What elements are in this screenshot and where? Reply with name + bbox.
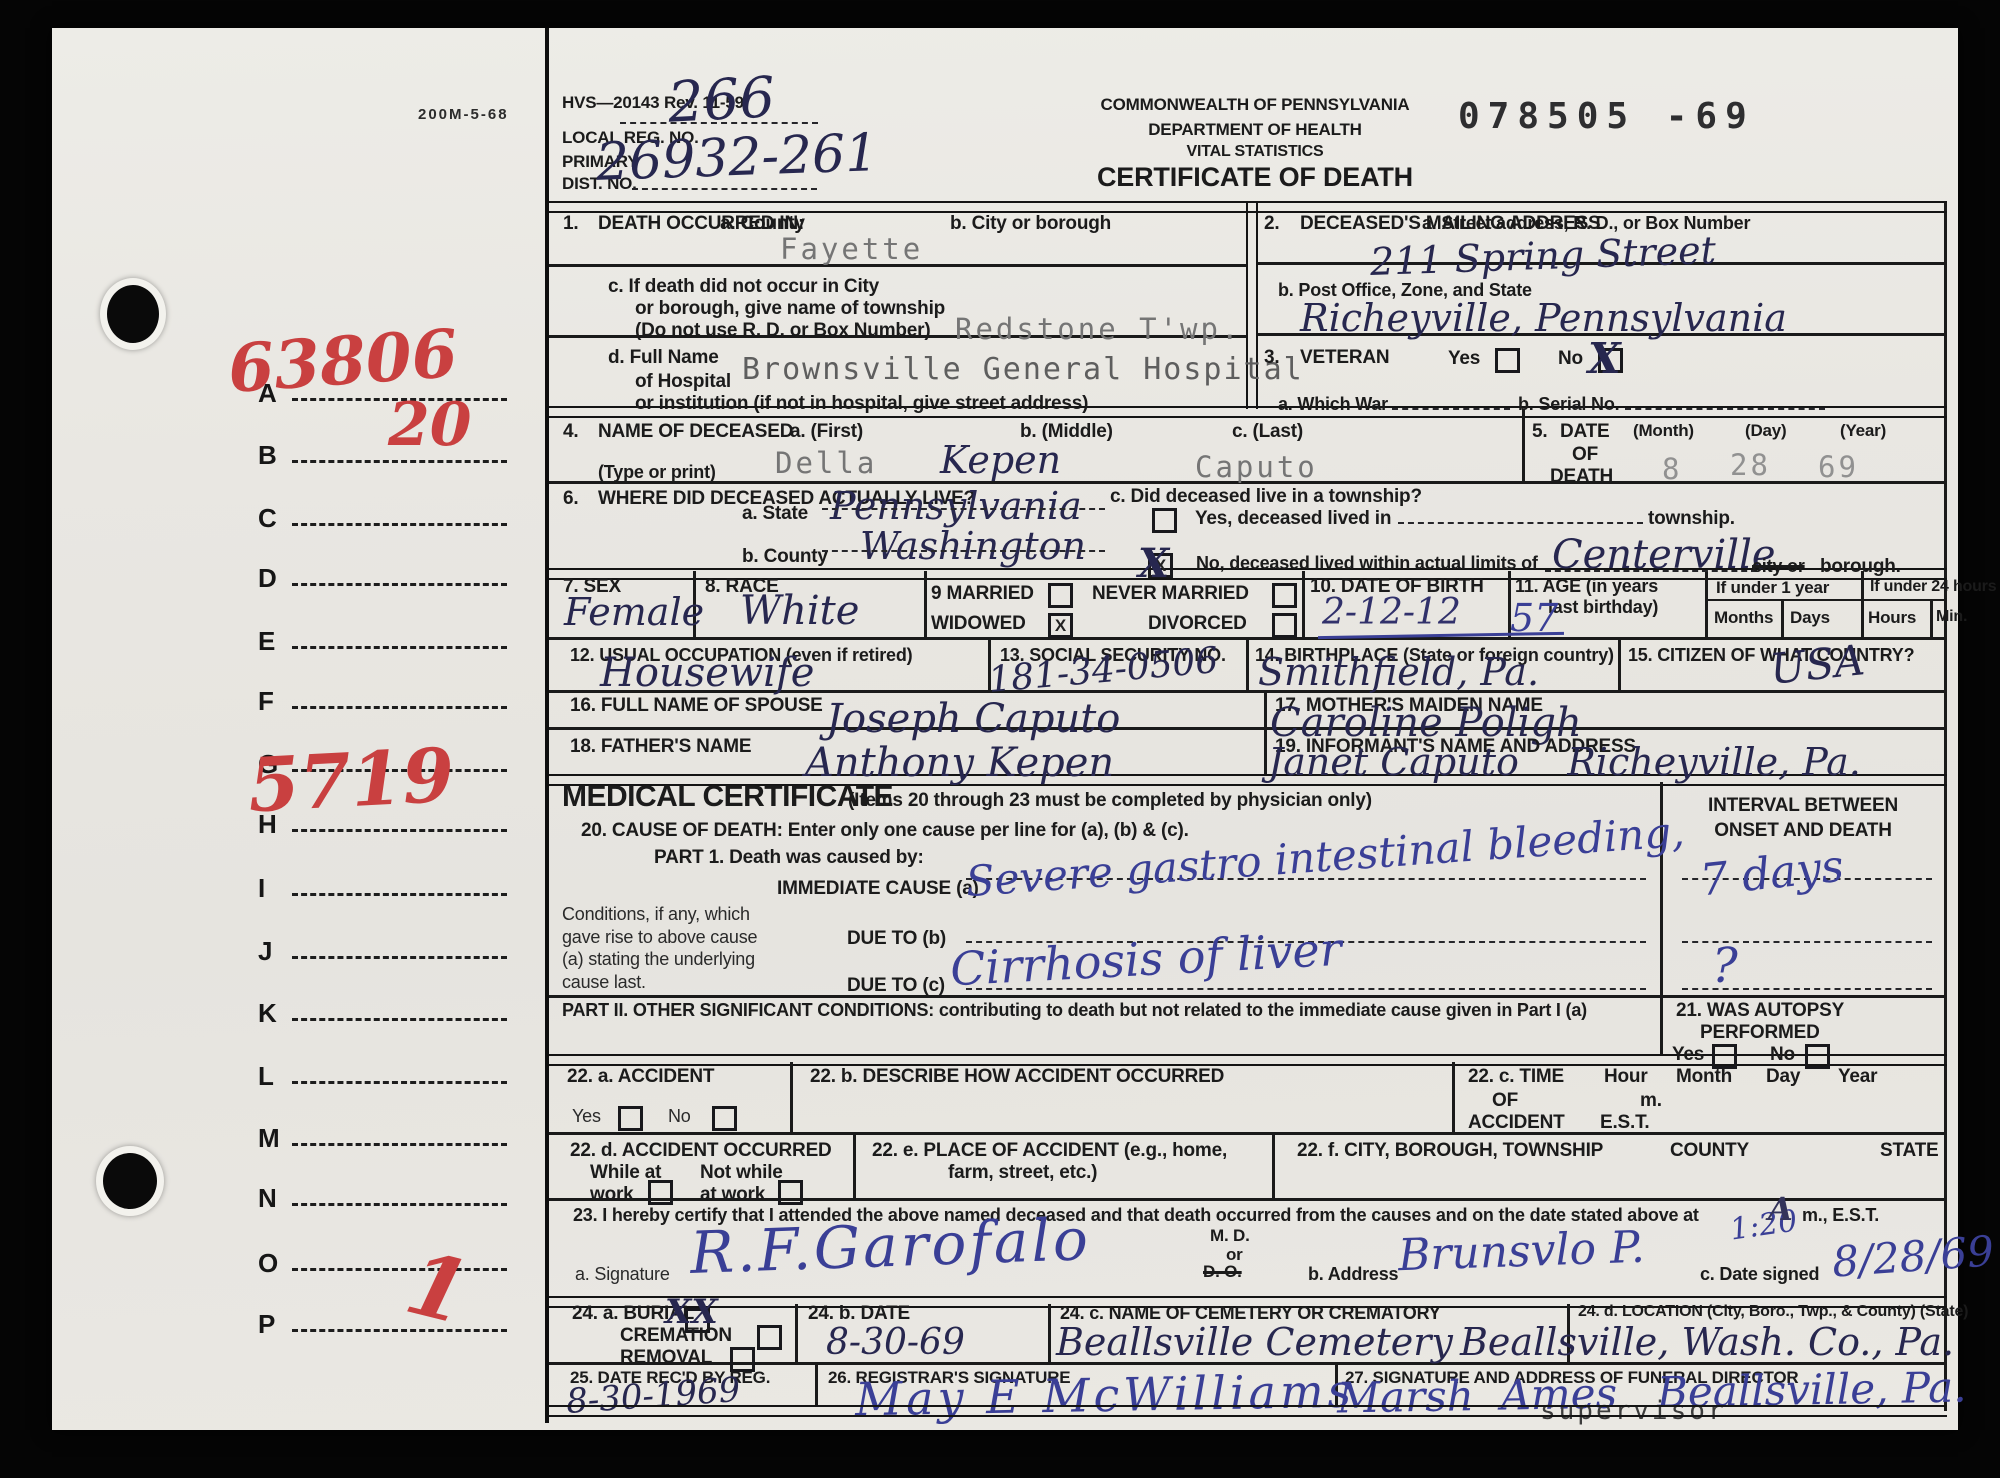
s4-first-value: Della (775, 446, 877, 480)
s4c-label: c. (Last) (1232, 421, 1303, 443)
s22f-state-label: STATE (1880, 1140, 1938, 1162)
s21-label-2: PERFORMED (1700, 1022, 1820, 1044)
s1d-value: Brownsville General Hospital (742, 352, 1304, 387)
hline (549, 1054, 1947, 1066)
margin-line (292, 956, 507, 959)
s20-label: 20. CAUSE OF DEATH: Enter only one cause… (581, 820, 1189, 842)
medical-subtitle: (Items 20 through 23 must be completed b… (848, 790, 1372, 812)
s15-value: USA (1768, 635, 1867, 694)
s6c-yes-label: Yes, deceased lived in (1195, 508, 1391, 530)
s22c-label-2: OF (1492, 1090, 1518, 1112)
s11-hours-label: Hours (1868, 608, 1916, 628)
s3-serial-line (1625, 408, 1825, 410)
s2-num: 2. (1264, 213, 1279, 235)
s22c-est-label: E.S.T. (1600, 1112, 1649, 1134)
s3-war-label: a. Which War (1278, 394, 1388, 415)
vline (815, 1364, 818, 1405)
margin-line (292, 1268, 507, 1271)
commonwealth-title: COMMONWEALTH OF PENNSYLVANIA (1070, 95, 1440, 115)
certificate-title: CERTIFICATE OF DEATH (1070, 162, 1440, 193)
veteran-no-mark: X (1588, 334, 1621, 383)
margin-letter-d: D (258, 563, 277, 594)
s21-no-label: No (1770, 1044, 1795, 1066)
s9-divorced-label: DIVORCED (1148, 613, 1247, 635)
s6c-no-line (1545, 570, 1757, 572)
s22c-m-label: m. (1640, 1090, 1662, 1112)
margin-letter-b: B (258, 440, 277, 471)
widowed-checkbox: X (1048, 613, 1073, 638)
s12-value: Housewife (600, 650, 814, 696)
accident-no-checkbox (712, 1106, 737, 1131)
primary-dist-value: 26932-261 (595, 123, 879, 193)
hline (549, 727, 1947, 730)
s23-sig-label: a. Signature (575, 1264, 670, 1285)
margin-line (292, 829, 507, 832)
part2-label: PART II. OTHER SIGNIFICANT CONDITIONS: c… (562, 1000, 1587, 1021)
s3-num: 3. (1264, 347, 1279, 369)
s11-days-label: Days (1790, 608, 1830, 628)
s22d-label: 22. d. ACCIDENT OCCURRED (570, 1140, 832, 1162)
s6c-struck-label: city or (1752, 556, 1805, 577)
s11-under1-label: If under 1 year (1716, 578, 1829, 598)
margin-line (292, 583, 507, 586)
hline (549, 1132, 1947, 1135)
vline (1302, 571, 1305, 637)
s14-value: Smithfield, Pa. (1258, 650, 1539, 694)
s3-label: VETERAN (1300, 347, 1389, 369)
hline (549, 1405, 1947, 1417)
s6c-yes-line (1398, 522, 1643, 524)
interval-header-1: INTERVAL BETWEEN (1668, 795, 1938, 817)
s1d-label-2: of Hospital (635, 371, 731, 393)
divorced-checkbox (1272, 613, 1297, 638)
not-while-at-work-checkbox (778, 1180, 803, 1205)
vline (1522, 409, 1525, 481)
s20-part1-label: PART 1. Death was caused by: (654, 847, 924, 869)
local-reg-value: 266 (666, 65, 776, 136)
s4-last-value: Caputo (1195, 450, 1318, 484)
margin-line (292, 1081, 507, 1084)
s3-war-line (1392, 408, 1510, 410)
s20-conditions-note: Conditions, if any, which gave rise to a… (562, 903, 780, 993)
left-rule (545, 28, 549, 1423)
s6b-label: b. County (742, 546, 828, 568)
vline (924, 571, 927, 637)
s6c-no-mark: X (1138, 540, 1169, 587)
s23-md-label: M. D. (1210, 1226, 1250, 1246)
margin-line (292, 893, 507, 896)
s3-serial-label: b. Serial No. (1518, 394, 1619, 415)
veteran-yes-checkbox (1495, 348, 1520, 373)
s22a-no-label: No (668, 1106, 691, 1127)
s5-label-3: DEATH (1550, 466, 1613, 488)
vline (853, 1134, 856, 1198)
s4-sub-label: (Type or print) (598, 462, 716, 483)
margin-line (292, 1203, 507, 1206)
s23-addr-label: b. Address (1308, 1264, 1398, 1285)
s6c-yes-checkbox (1152, 508, 1177, 533)
s11-label-1: 11. AGE (in years (1515, 576, 1658, 597)
s22c-label-3: ACCIDENT (1468, 1112, 1565, 1134)
s3-yes-label: Yes (1448, 348, 1480, 370)
s1b-label: b. City or borough (950, 213, 1111, 235)
medical-title: MEDICAL CERTIFICATE (562, 780, 893, 815)
s5-num: 5. (1532, 421, 1547, 443)
s10-value: 2-12-12 (1322, 592, 1461, 633)
margin-letter-f: F (258, 686, 274, 717)
s20c-line (966, 988, 1646, 990)
punch-hole-bottom (96, 1146, 164, 1216)
s24b-value: 8-30-69 (826, 1322, 965, 1363)
s23-date-label: c. Date signed (1700, 1264, 1819, 1285)
s16-label: 16. FULL NAME OF SPOUSE (570, 695, 823, 717)
s6c-township-label: township. (1648, 508, 1735, 530)
s11-label-2: last birthday) (1548, 597, 1658, 618)
s24-removal-label: REMOVAL (620, 1347, 712, 1369)
s22f-label: 22. f. CITY, BOROUGH, TOWNSHIP (1297, 1140, 1603, 1162)
s6b-line (822, 550, 1105, 552)
s4-label: NAME OF DECEASED (598, 421, 713, 443)
vline (1705, 571, 1708, 637)
margin-letter-p: P (258, 1309, 275, 1340)
s4-middle-value: Kepen (940, 438, 1061, 482)
cremation-checkbox (757, 1325, 782, 1350)
s8-num: 8. (705, 576, 720, 597)
vline (1618, 639, 1621, 690)
s9-never-label: NEVER MARRIED (1092, 583, 1249, 605)
s5-day-value: 28 (1730, 448, 1771, 482)
margin-letter-l: L (258, 1061, 274, 1092)
s22a-yes-label: Yes (572, 1106, 601, 1127)
margin-line (292, 460, 507, 463)
never-married-checkbox (1272, 583, 1297, 608)
margin-line (292, 646, 507, 649)
s5-label-1: DATE (1560, 421, 1610, 443)
s1c-label-1: c. If death did not occur in City (608, 276, 879, 298)
s20-due-c-label: DUE TO (c) (847, 975, 945, 997)
s19-value: Janet Caputo Richeyville, Pa. (1268, 740, 1861, 784)
vline (1272, 1134, 1275, 1198)
s20-due-b-label: DUE TO (b) (847, 928, 946, 950)
vline (1930, 601, 1933, 637)
vline (1246, 639, 1249, 690)
s24c-value: Beallsville Cemetery (1056, 1320, 1453, 1364)
s22e-label-2: farm, street, etc.) (948, 1162, 1097, 1184)
s5-label-2: OF (1572, 444, 1598, 466)
s24d-label: 24. d. LOCATION (City, Boro., Twp., & Co… (1578, 1303, 1968, 1321)
s11-value: 57 (1510, 596, 1558, 640)
s24d-value: Beallsville, Wash. Co., Pa. (1460, 1320, 1954, 1364)
hline (549, 995, 1947, 998)
s22d-work-label: work (590, 1184, 634, 1206)
s6-label: WHERE DID DECEASED ACTUALLY LIVE? (598, 488, 716, 510)
s11-months-label: Months (1714, 608, 1773, 628)
s21-yes-label: Yes (1672, 1044, 1704, 1066)
margin-letter-n: N (258, 1183, 277, 1214)
s23-certify-end: m., E.S.T. (1802, 1205, 1879, 1226)
margin-letter-k: K (258, 998, 277, 1029)
scanned-death-certificate: 200M-5-68 A B C D E F G H I J K L M N O … (0, 0, 2000, 1478)
s1-label: DEATH OCCURRED IN: (598, 213, 710, 235)
margin-letter-o: O (258, 1248, 278, 1279)
vline (1781, 601, 1784, 637)
s22f-county-label: COUNTY (1670, 1140, 1749, 1162)
s23-date-value: 8/28/69 (1830, 1226, 1995, 1286)
s22d-atwork-label: at work (700, 1184, 765, 1206)
s24-cremation-label: CREMATION (620, 1325, 732, 1347)
punch-hole-top (100, 278, 166, 350)
s22b-label: 22. b. DESCRIBE HOW ACCIDENT OCCURRED (810, 1066, 1224, 1088)
margin-red-number-h: 5719 (246, 733, 456, 830)
margin-letter-e: E (258, 626, 275, 657)
s23-do-label: D. O. (1203, 1262, 1242, 1282)
s4-num: 4. (563, 421, 578, 443)
vline (1264, 692, 1267, 776)
accident-yes-checkbox (618, 1106, 643, 1131)
s1c-label-3: (Do not use R. D. or Box Number) (635, 320, 931, 342)
s23-signature-value: R.F.Garofalo (689, 1205, 1092, 1287)
s5-year-value: 69 (1818, 450, 1859, 484)
margin-line (292, 706, 507, 709)
s6a-line (822, 508, 1105, 510)
vline (1861, 571, 1864, 637)
s5-month-value: 8 (1662, 452, 1682, 486)
s6c-label: c. Did deceased live in a township? (1110, 486, 1422, 508)
margin-letter-m: M (258, 1123, 280, 1154)
s22c-month-label: Month (1676, 1066, 1732, 1088)
s5-month-label: (Month) (1633, 421, 1694, 441)
margin-red-number-b: 20 (388, 390, 472, 460)
s22c-hour-label: Hour (1604, 1066, 1648, 1088)
margin-letter-c: C (258, 503, 277, 534)
married-checkbox (1048, 583, 1073, 608)
s2-label: DECEASED'S MAILING ADDRESS (1300, 213, 1420, 235)
autopsy-no-checkbox (1805, 1044, 1830, 1069)
certificate-number-stamp: 078505 -69 (1458, 96, 1755, 137)
interval-header-2: ONSET AND DEATH (1668, 820, 1938, 842)
s1c-label-2: or borough, give name of township (635, 298, 945, 320)
vital-stat-title: VITAL STATISTICS (1070, 143, 1440, 161)
s6c-no-label: No, deceased lived within actual limits … (1196, 553, 1538, 574)
s8-value: White (740, 588, 859, 634)
margin-line (292, 1143, 507, 1146)
s23-addr-value: Brunsvlo P. (1397, 1222, 1645, 1282)
s9-married-label: 9 MARRIED (931, 583, 1034, 605)
s6b-value: Washington (860, 524, 1086, 568)
print-run-code: 200M-5-68 (418, 106, 509, 123)
vline (1452, 1062, 1455, 1132)
s22a-label: 22. a. ACCIDENT (567, 1066, 714, 1088)
s6-num: 6. (563, 488, 578, 510)
s6a-value: Pennsylvania (830, 484, 1082, 528)
s1-num: 1. (563, 213, 578, 235)
s6c-borough-label: borough. (1820, 556, 1901, 578)
s2b-value: Richeyville, Pennsylvania (1300, 296, 1787, 340)
s11-min-label: Min. (1936, 608, 1967, 626)
s18-label: 18. FATHER'S NAME (570, 736, 751, 758)
s9-widowed-label: WIDOWED (931, 613, 1026, 635)
s11-under24-label: If under 24 hours (1870, 578, 1996, 596)
s22c-year-label: Year (1838, 1066, 1877, 1088)
margin-line (292, 523, 507, 526)
s23-ampm-value: A (1768, 1190, 1793, 1228)
s1a-value: Fayette (780, 232, 923, 266)
s1d-label-1: d. Full Name (608, 347, 719, 369)
s1d-label-3: or institution (if not in hospital, give… (635, 393, 1088, 415)
department-title: DEPARTMENT OF HEALTH (1070, 120, 1440, 140)
vline (795, 1304, 798, 1362)
margin-letter-j: J (258, 936, 272, 967)
s6a-label: a. State (742, 503, 808, 525)
hline (1705, 599, 1944, 601)
s5-day-label: (Day) (1745, 421, 1787, 441)
s22c-day-label: Day (1766, 1066, 1800, 1088)
s5-year-label: (Year) (1840, 421, 1886, 441)
vline (1048, 1304, 1051, 1362)
s20-immediate-label: IMMEDIATE CAUSE (a) (777, 878, 979, 900)
s22d-notwhile-label: Not while (700, 1162, 783, 1184)
s20c-interval-value: ? (1712, 938, 1738, 994)
margin-letter-i: I (258, 873, 265, 904)
s22e-label-1: 22. e. PLACE OF ACCIDENT (e.g., home, (872, 1140, 1227, 1162)
s1c-value: Redstone T'wp. (955, 312, 1241, 346)
s4a-label: a. (First) (790, 421, 863, 443)
s21-label-1: 21. WAS AUTOPSY (1676, 1000, 1844, 1022)
s3-no-label: No (1558, 348, 1583, 370)
margin-line (292, 1018, 507, 1021)
vline (790, 1062, 793, 1132)
while-at-work-checkbox (648, 1180, 673, 1205)
s16-value: Joseph Caputo (826, 696, 1120, 742)
s7-value: Female (564, 590, 704, 634)
s22c-label-1: 22. c. TIME (1468, 1066, 1564, 1088)
